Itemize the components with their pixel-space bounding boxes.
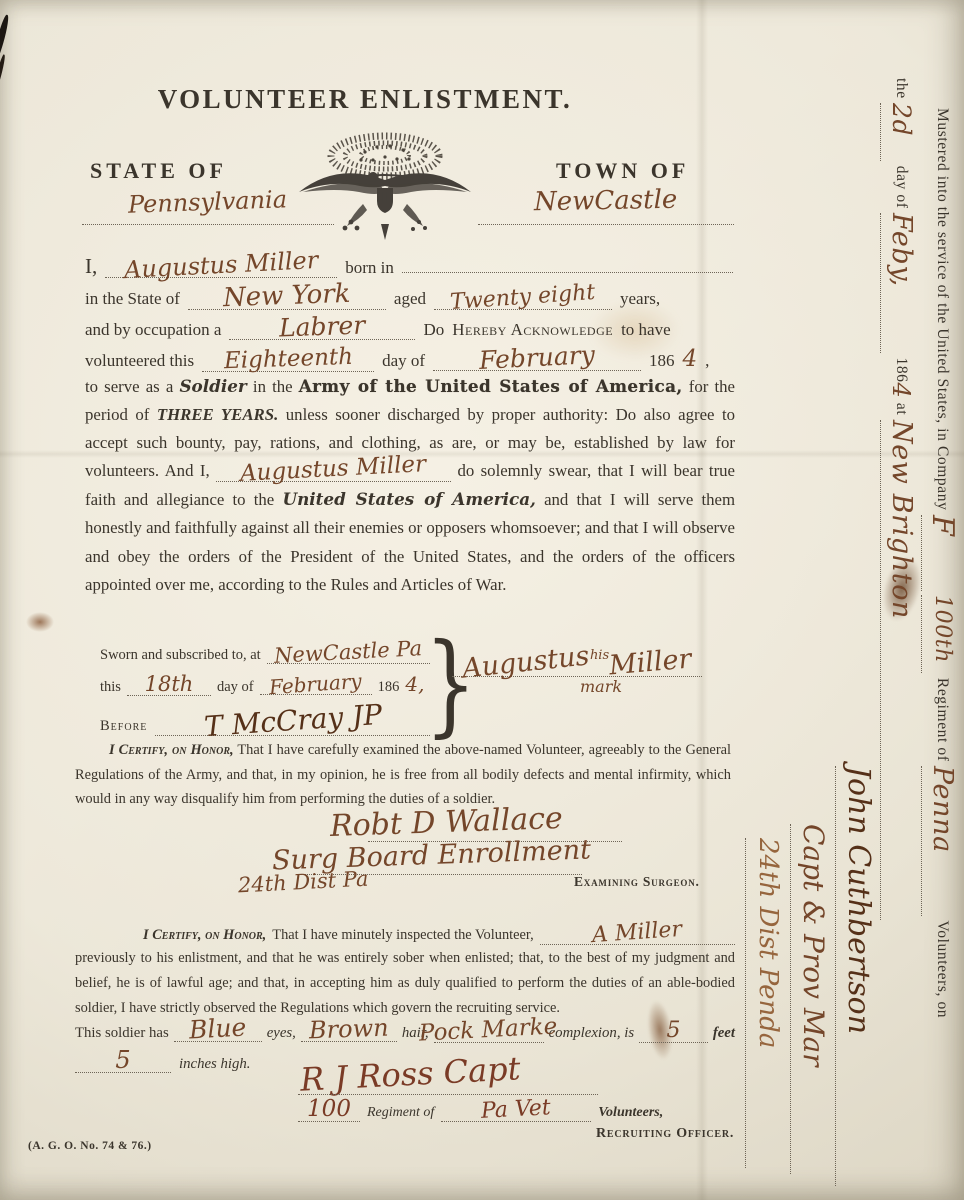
inspected-volunteer-name: A Miller <box>592 919 683 947</box>
muster-line-1: Mustered into the service of the United … <box>921 66 962 1196</box>
sworn-year-digit: 4, <box>405 674 424 694</box>
form-number: (A. G. O. No. 74 & 76.) <box>28 1140 152 1152</box>
muster-regiment-name: Penna <box>927 766 958 853</box>
state-pre-label: in the State of <box>85 289 180 309</box>
united-states-term: United States of America, <box>282 489 535 509</box>
muster-line-2: the 2d day of Feby, 1864 at New Brighton <box>880 66 921 1196</box>
muster-line1-post: Volunteers, on <box>934 921 951 1019</box>
muster-regiment-name-field: Penna <box>921 766 962 916</box>
oath-fill-rows: I, Augustus Miller born in in the State … <box>85 252 733 376</box>
sworn-day: 18th <box>145 674 194 695</box>
muster-signature-2-field: Capt & Prov Mar <box>790 824 835 1174</box>
recruiting-cert-line1: I Certify, on Honor, That I have minutel… <box>75 922 735 945</box>
inspected-volunteer-field: A Miller <box>540 922 735 945</box>
sworn-line-1: Sworn and subscribed to, at NewCastle Pa <box>100 642 430 674</box>
muster-signature-1: John Cuthbertson <box>841 766 876 1034</box>
height-inches-row: 5 inches high. <box>75 1048 251 1073</box>
eyes-label: eyes, <box>267 1025 296 1042</box>
muster-year-digit: 4 <box>887 383 915 399</box>
inches-value: 5 <box>115 1048 130 1072</box>
soldier-has-label: This soldier has <box>75 1025 169 1042</box>
occupation-field: Labrer <box>229 314 415 340</box>
muster-regiment-of-label: Regiment of <box>934 678 951 762</box>
day-of-label: day of <box>382 351 425 371</box>
sworn-year-print: 186 <box>378 679 400 696</box>
feet-value: 5 <box>666 1020 680 1042</box>
age-value: Twenty eight <box>450 282 597 314</box>
hereby-acknowledge-label: Hereby Acknowledge <box>452 320 613 340</box>
volunteer-name-field: Augustus Miller <box>105 253 337 278</box>
recruiting-cert-lead: I Certify, on Honor, <box>75 927 266 944</box>
muster-month-field: Feby, <box>880 213 921 353</box>
surgeon-certificate: I Certify, on Honor, That I have careful… <box>75 738 731 812</box>
regiment-number: 100 <box>307 1098 351 1121</box>
aged-label: aged <box>394 289 426 309</box>
oath-body-1: to serve as a <box>85 377 173 396</box>
volunteer-name-2-field: Augustus Miller <box>216 458 451 482</box>
three-years-term: THREE YEARS. <box>157 405 278 424</box>
regiment-name-field: Pa Vet <box>441 1099 591 1122</box>
volunteer-signature-mark: mark <box>580 679 702 695</box>
occupation-pre-label: and by occupation a <box>85 320 221 340</box>
muster-day-of-label: day of <box>893 166 910 209</box>
stray-ink-mark <box>0 14 11 66</box>
muster-signature-3: 24th Dist Penda <box>753 838 783 1048</box>
born-in-field <box>402 252 733 273</box>
soldier-term: Soldier <box>179 376 246 396</box>
muster-regiment-number: 100th <box>930 595 955 663</box>
oath-line-3: and by occupation a Labrer Do Hereby Ack… <box>85 314 733 345</box>
town-value-field: NewCastle <box>478 188 734 225</box>
justice-signature: T McCray JP <box>203 701 383 741</box>
surgeon-district: 24th Dist Pa <box>238 869 369 897</box>
officer-signature-field: T McCray JP <box>155 707 430 736</box>
sworn-day-field: 18th <box>127 674 211 696</box>
enlist-day-field: Eighteenth <box>202 348 374 372</box>
volunteer-name-2: Augustus Miller <box>240 453 427 486</box>
volunteer-signature-field: AugustushisMiller <box>452 640 702 677</box>
birth-state-field: New York <box>188 283 386 310</box>
volunteer-signature-last: Miller <box>608 645 692 679</box>
complexion-value: Pock Marke <box>419 1015 558 1045</box>
recruiting-officer-label: Recruiting Officer. <box>596 1126 734 1142</box>
oath-line-2: in the State of New York aged Twenty eig… <box>85 283 733 314</box>
year-digit: 4 <box>683 348 698 371</box>
muster-place-field: New Brighton <box>880 420 921 920</box>
small-ink-mark <box>26 612 54 632</box>
year-print: 186 <box>649 351 675 371</box>
volunteer-signature-block: AugustushisMiller mark <box>452 640 702 695</box>
company-field: F <box>921 515 962 591</box>
sworn-place: NewCastle Pa <box>274 638 423 667</box>
muster-signature-2-line: Capt & Prov Mar <box>790 66 835 1196</box>
enlist-month: February <box>479 342 596 373</box>
regiment-of-label: Regiment of <box>367 1105 434 1121</box>
regiment-name: Pa Vet <box>481 1097 552 1123</box>
state-value-field: Pennsylvania <box>82 190 334 225</box>
enlist-day: Eighteenth <box>223 346 353 373</box>
sworn-place-field: NewCastle Pa <box>267 642 430 664</box>
birth-state: New York <box>223 281 351 311</box>
sworn-this-label: this <box>100 679 121 696</box>
enlist-month-field: February <box>433 345 641 371</box>
muster-day-field: 2d <box>880 103 921 161</box>
volunteer-signature-his: his <box>590 649 609 662</box>
sworn-pre-label: Sworn and subscribed to, at <box>100 647 261 664</box>
muster-month: Feby, <box>886 213 917 287</box>
hair-field: Brown <box>301 1017 397 1042</box>
occupation-value: Labrer <box>279 313 366 341</box>
before-label: Before <box>100 718 147 735</box>
town-of-label: TOWN OF <box>556 158 689 184</box>
recruiting-officer-signature: R J Ross Capt <box>299 1052 521 1095</box>
complexion-label: complexion, is <box>549 1025 634 1042</box>
inches-label: inches high. <box>179 1056 251 1073</box>
regiment-number-field: 100 <box>298 1098 360 1122</box>
volunteer-signature-first: Augustus <box>461 642 591 682</box>
regiment-row: 100 Regiment of Pa Vet Volunteers, <box>298 1098 663 1122</box>
muster-column: Mustered into the service of the United … <box>745 66 962 1196</box>
soldier-description-row: This soldier has Blue eyes, Brown hair, … <box>75 1016 735 1043</box>
muster-signature-1-field: John Cuthbertson <box>835 766 880 1186</box>
to-have-label: to have <box>621 320 671 340</box>
age-field: Twenty eight <box>434 287 612 310</box>
eyes-field: Blue <box>174 1016 262 1042</box>
years-label: years, <box>620 289 660 309</box>
volunteered-this-label: volunteered this <box>85 351 194 371</box>
born-in-label: born in <box>345 258 394 278</box>
state-of-label: STATE OF <box>90 158 227 184</box>
examining-surgeon-label: Examining Surgeon. <box>574 874 700 890</box>
recruiting-cert-body: previously to his enlistment, and that h… <box>75 946 735 1021</box>
eagle-emblem-icon <box>293 126 477 252</box>
town-value: NewCastle <box>534 187 678 215</box>
army-term: Army of the United States of America, <box>299 376 683 396</box>
muster-signature-3-field: 24th Dist Penda <box>745 838 790 1168</box>
year-comma: , <box>705 351 709 371</box>
feet-field: 5 <box>639 1020 708 1043</box>
muster-signature-1-line: John Cuthbertson <box>835 66 880 1196</box>
inches-field: 5 <box>75 1048 171 1073</box>
eyes-value: Blue <box>188 1015 246 1043</box>
recruiting-cert-line1-text: That I have minutely inspected the Volun… <box>272 927 533 944</box>
muster-signature-2: Capt & Prov Mar <box>797 824 830 1067</box>
muster-line1-pre: Mustered into the service of the United … <box>934 108 951 510</box>
oath-line-1: I, Augustus Miller born in <box>85 252 733 283</box>
volunteers-label: Volunteers, <box>598 1105 663 1121</box>
sworn-month-field: February <box>260 674 372 695</box>
muster-the-label: the <box>893 78 910 99</box>
state-value: Pennsylvania <box>128 187 288 217</box>
muster-day: 2d <box>887 103 916 136</box>
do-label: Do <box>423 320 444 340</box>
enlistment-form-page: VOLUNTEER ENLISTMENT. <box>0 0 964 1200</box>
form-title: VOLUNTEER ENLISTMENT. <box>85 84 645 115</box>
volunteer-name: Augustus Miller <box>124 248 319 282</box>
sworn-day-of-label: day of <box>217 679 254 696</box>
recruiting-signature-line <box>298 1094 598 1095</box>
oath-body-2: in the <box>253 377 293 396</box>
feet-label: feet <box>713 1025 735 1042</box>
hair-value: Brown <box>309 1016 389 1043</box>
complexion-field: Pock Marke <box>434 1019 544 1043</box>
oath-paragraph: to serve as a Soldier in the Army of the… <box>85 372 735 599</box>
muster-signature-3-line: 24th Dist Penda <box>745 66 790 1196</box>
muster-at-label: at <box>893 403 910 415</box>
muster-year-print: 186 <box>893 357 910 382</box>
oath-i: I, <box>85 254 97 279</box>
muster-regiment-number-field: 100th <box>921 595 962 673</box>
surgeon-cert-lead: I Certify, on Honor, <box>109 742 234 758</box>
muster-place: New Brighton <box>886 420 917 619</box>
sworn-block: Sworn and subscribed to, at NewCastle Pa… <box>100 642 430 743</box>
sworn-month: February <box>269 671 363 697</box>
company-value: F <box>925 515 960 536</box>
